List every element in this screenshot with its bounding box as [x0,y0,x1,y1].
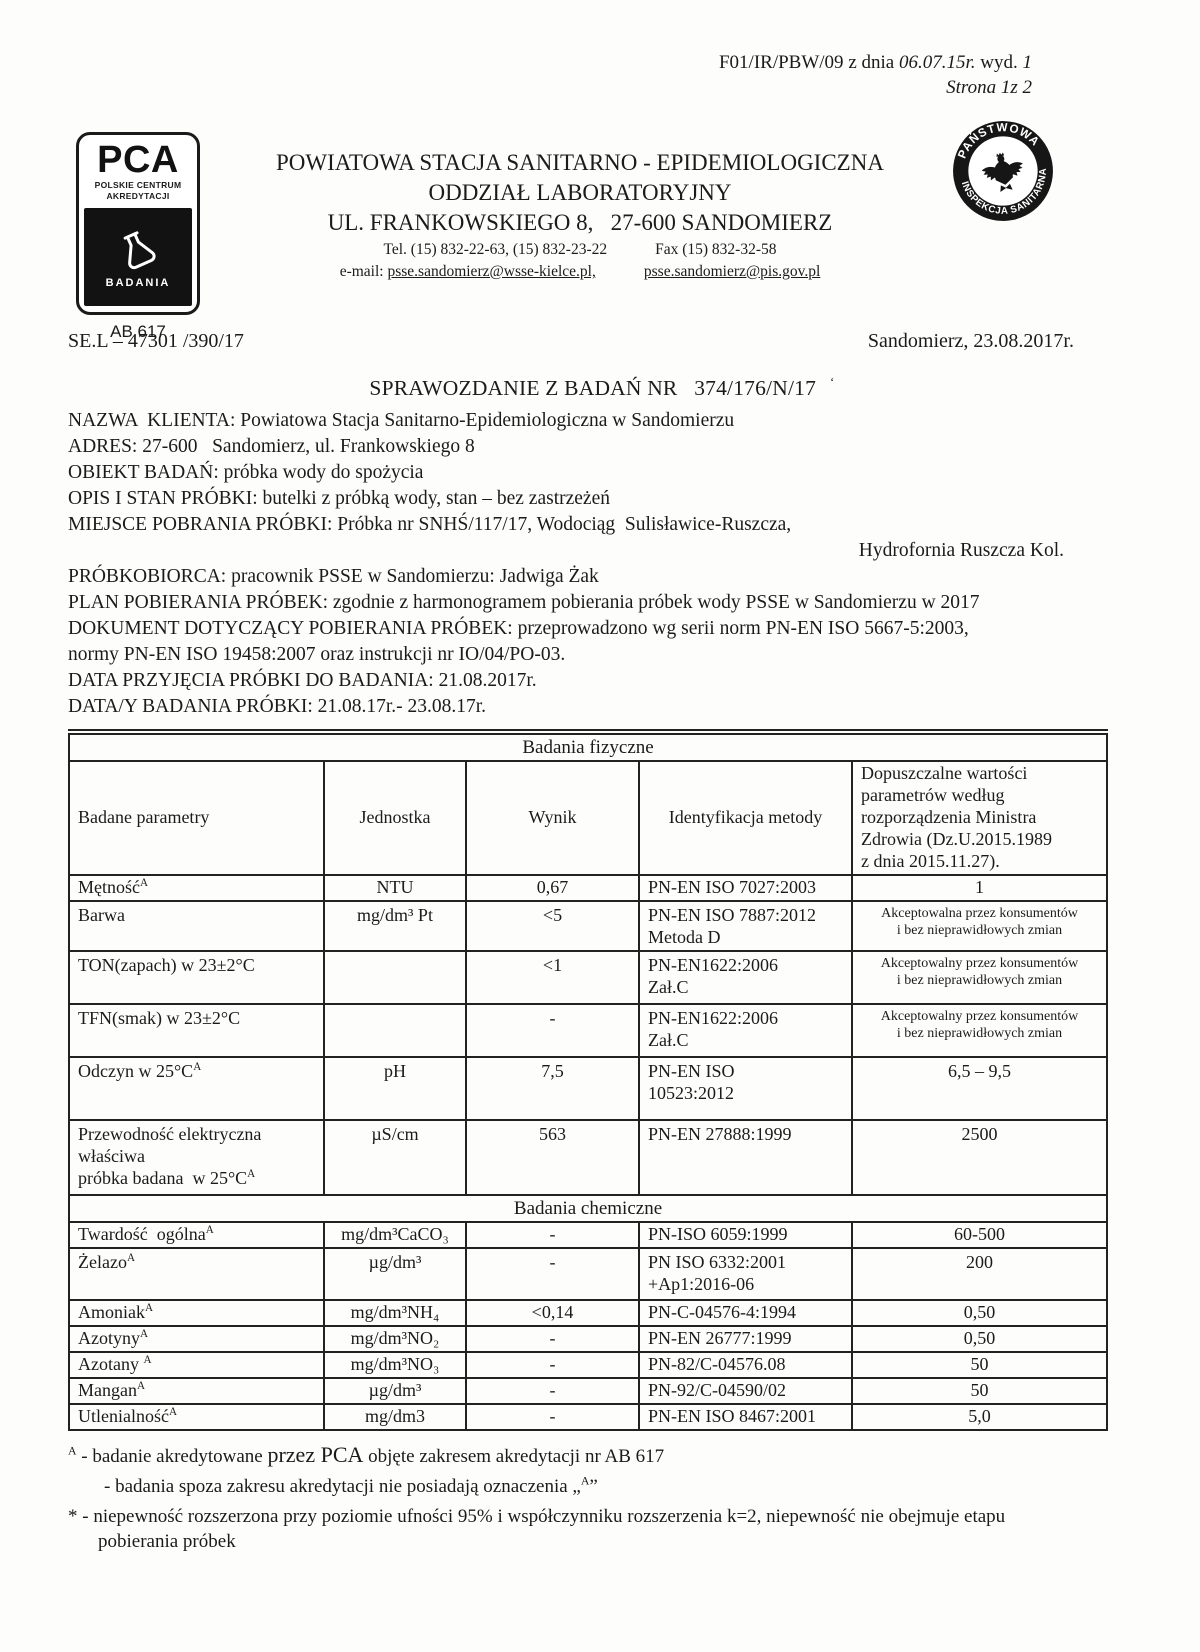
param-cell: AzotynyA [69,1326,324,1352]
result-cell: - [466,1378,639,1404]
unit-cell: mg/dm³NO₃ [324,1352,466,1378]
result-cell: 7,5 [466,1057,639,1120]
result-cell: <0,14 [466,1300,639,1326]
unit-cell [324,1004,466,1057]
info-line-test-object: OBIEKT BADAŃ: próbka wody do spożycia [68,460,1136,486]
email-label: e-mail: [340,263,384,280]
case-number: SE.L – 47301 /390/17 [68,330,244,353]
state-sanitary-inspection-seal: PAŃSTWOWA INSPEKCJA SANITARNA [950,118,1056,224]
results-table: Badania fizyczne Badane parametry Jednos… [68,729,1108,1431]
method-cell: PN-C-04576-4:1994 [639,1300,852,1326]
limit-cell: 2500 [852,1120,1107,1195]
param-cell: MętnośćA [69,875,324,901]
result-cell: - [466,1248,639,1300]
unit-cell: mg/dm³NH₄ [324,1300,466,1326]
institution-header: POWIATOWA STACJA SANITARNO - EPIDEMIOLOG… [235,148,925,282]
method-cell: PN-82/C-04576.08 [639,1352,852,1378]
info-line-sampler: PRÓBKOBIORCA: pracownik PSSE w Sandomier… [68,564,1136,590]
pca-logo-text: PCA [84,143,192,177]
table-row: Azotany A mg/dm³NO₃ - PN-82/C-04576.08 5… [69,1352,1107,1378]
table-row: Barwa mg/dm³ Pt <5 PN-EN ISO 7887:2012 M… [69,901,1107,951]
pca-accreditation-badge: PCA POLSKIE CENTRUM AKREDYTACJI BADANIA … [76,132,200,342]
info-line-client-address: ADRES: 27-600 Sandomierz, ul. Frankowski… [68,434,1136,460]
param-cell: Odczyn w 25°CA [69,1057,324,1120]
column-header-result: Wynik [466,761,639,875]
institution-email: e-mail: psse.sandomierz@wsse-kielce.pl,p… [235,261,925,282]
report-title: SPRAWOZDANIE Z BADAŃ NR 374/176/N/17‘ [68,374,1136,401]
method-cell: PN-EN1622:2006 Zał.C [639,951,852,1004]
unit-cell: mg/dm³NO₂ [324,1326,466,1352]
unit-cell: µg/dm³ [324,1378,466,1404]
method-cell: PN-92/C-04590/02 [639,1378,852,1404]
erlenmeyer-flask-icon [113,226,163,276]
info-line-sampling-document-cont: normy PN-EN ISO 19458:2007 oraz instrukc… [68,642,1136,668]
limit-cell: 200 [852,1248,1107,1300]
institution-department: ODDZIAŁ LABORATORYJNY [235,178,925,208]
param-cell: Azotany A [69,1352,324,1378]
institution-address: UL. FRANKOWSKIEGO 8, 27-600 SANDOMIERZ [235,208,925,238]
table-row: Przewodność elektryczna właściwa próbka … [69,1120,1107,1195]
table-row: Twardość ogólnaA mg/dm³CaCO₃ - PN-ISO 60… [69,1222,1107,1248]
table-row: MętnośćA NTU 0,67 PN-EN ISO 7027:2003 1 [69,875,1107,901]
method-cell: PN-EN ISO 7887:2012 Metoda D [639,901,852,951]
table-row: ManganA µg/dm³ - PN-92/C-04590/02 50 [69,1378,1107,1404]
table-row: AmoniakA mg/dm³NH₄ <0,14 PN-C-04576-4:19… [69,1300,1107,1326]
param-cell: ŻelazoA [69,1248,324,1300]
result-cell: - [466,1404,639,1430]
method-cell: PN-EN ISO 7027:2003 [639,875,852,901]
limit-cell: 6,5 – 9,5 [852,1057,1107,1120]
method-cell: PN-EN ISO 8467:2001 [639,1404,852,1430]
result-cell: - [466,1352,639,1378]
info-line-date-received: DATA PRZYJĘCIA PRÓBKI DO BADANIA: 21.08.… [68,668,1136,694]
info-line-sampling-document: DOKUMENT DOTYCZĄCY POBIERANIA PRÓBEK: pr… [68,616,1136,642]
unit-cell: NTU [324,875,466,901]
unit-cell: µg/dm³ [324,1248,466,1300]
table-row: TON(zapach) w 23±2°C <1 PN-EN1622:2006 Z… [69,951,1107,1004]
column-header-method: Identyfikacja metody [639,761,852,875]
param-cell: Twardość ogólnaA [69,1222,324,1248]
table-row: Odczyn w 25°CA pH 7,5 PN-EN ISO 10523:20… [69,1057,1107,1120]
method-cell: PN-EN ISO 10523:2012 [639,1057,852,1120]
table-row: TFN(smak) w 23±2°C - PN-EN1622:2006 Zał.… [69,1004,1107,1057]
param-cell: Barwa [69,901,324,951]
footnote-scope: - badania spoza zakresu akredytacji nie … [68,1474,1136,1499]
limit-cell: 50 [852,1378,1107,1404]
unit-cell: mg/dm³CaCO₃ [324,1222,466,1248]
param-cell: ManganA [69,1378,324,1404]
method-cell: PN-EN 27888:1999 [639,1120,852,1195]
column-header-unit: Jednostka [324,761,466,875]
institution-name: POWIATOWA STACJA SANITARNO - EPIDEMIOLOG… [235,148,925,178]
info-line-sample-condition: OPIS I STAN PRÓBKI: butelki z próbką wod… [68,486,1136,512]
report-body: SPRAWOZDANIE Z BADAŃ NR 374/176/N/17‘ NA… [68,374,1136,1554]
email-secondary: psse.sandomierz@pis.gov.pl [644,263,820,280]
section-header-physical: Badania fizyczne [69,732,1107,761]
param-cell: TFN(smak) w 23±2°C [69,1004,324,1057]
pca-badania-panel: BADANIA [84,208,192,306]
limit-cell: 50 [852,1352,1107,1378]
footnotes: A - badanie akredytowane przez PCA objęt… [68,1442,1136,1554]
result-cell: 0,67 [466,875,639,901]
footnote-uncertainty: * - niepewność rozszerzona przy poziomie… [68,1504,1136,1529]
limit-cell: Akceptowalny przez konsumentów i bez nie… [852,951,1107,1004]
fax-number: Fax (15) 832-32-58 [655,241,776,258]
result-cell: - [466,1222,639,1248]
result-cell: - [466,1004,639,1057]
reference-line: SE.L – 47301 /390/17 Sandomierz, 23.08.2… [68,330,1136,353]
institution-phone-fax: Tel. (15) 832-22-63, (15) 832-23-22Fax (… [235,239,925,260]
param-cell: Przewodność elektryczna właściwa próbka … [69,1120,324,1195]
table-row: UtlenialnośćA mg/dm3 - PN-EN ISO 8467:20… [69,1404,1107,1430]
column-header-limit: Dopuszczalne wartości parametrów według … [852,761,1107,875]
result-cell: <1 [466,951,639,1004]
limit-cell: 1 [852,875,1107,901]
table-row: ŻelazoA µg/dm³ - PN ISO 6332:2001 +Ap1:2… [69,1248,1107,1300]
limit-cell: Akceptowalna przez konsumentów i bez nie… [852,901,1107,951]
limit-cell: Akceptowalny przez konsumentów i bez nie… [852,1004,1107,1057]
pca-badge-frame: PCA POLSKIE CENTRUM AKREDYTACJI BADANIA [76,132,200,315]
sample-info: NAZWA KLIENTA: Powiatowa Stacja Sanitarn… [68,408,1136,720]
footnote-uncertainty-cont: pobierania próbek [68,1529,1136,1554]
form-date: 06.07.15r. [899,52,976,73]
info-line-sampling-plan: PLAN POBIERANIA PRÓBEK: zgodnie z harmon… [68,590,1136,616]
method-cell: PN-EN 26777:1999 [639,1326,852,1352]
param-cell: UtlenialnośćA [69,1404,324,1430]
form-reference: F01/IR/PBW/09 z dnia 06.07.15r. wyd. 1 S… [0,50,1032,100]
unit-cell: mg/dm3 [324,1404,466,1430]
column-header-parameter: Badane parametry [69,761,324,875]
info-line-sampling-place: MIEJSCE POBRANIA PRÓBKI: Próbka nr SNHŚ/… [68,512,1136,538]
method-cell: PN ISO 6332:2001 +Ap1:2016-06 [639,1248,852,1300]
limit-cell: 60-500 [852,1222,1107,1248]
badania-label: BADANIA [106,277,171,289]
pca-subtitle: POLSKIE CENTRUM AKREDYTACJI [84,180,192,202]
result-cell: - [466,1326,639,1352]
limit-cell: 0,50 [852,1326,1107,1352]
unit-cell: µS/cm [324,1120,466,1195]
phone-numbers: Tel. (15) 832-22-63, (15) 832-23-22 [383,241,607,258]
form-reference-line: F01/IR/PBW/09 z dnia 06.07.15r. wyd. 1 [0,50,1032,75]
column-header-row: Badane parametry Jednostka Wynik Identyf… [69,761,1107,875]
method-cell: PN-EN1622:2006 Zał.C [639,1004,852,1057]
result-cell: <5 [466,901,639,951]
place-date: Sandomierz, 23.08.2017r. [868,330,1136,353]
unit-cell: mg/dm³ Pt [324,901,466,951]
info-line-date-tested: DATA/Y BADANIA PRÓBKI: 21.08.17r.- 23.08… [68,694,1136,720]
page-number: Strona 1z 2 [0,75,1032,100]
result-cell: 563 [466,1120,639,1195]
footnote-accreditation: A - badanie akredytowane przez PCA objęt… [68,1442,1136,1469]
scanned-lab-report-page: F01/IR/PBW/09 z dnia 06.07.15r. wyd. 1 S… [0,0,1200,1652]
info-line-client-name: NAZWA KLIENTA: Powiatowa Stacja Sanitarn… [68,408,1136,434]
info-line-sampling-place-cont: Hydrofornia Ruszcza Kol. [68,538,1136,564]
limit-cell: 5,0 [852,1404,1107,1430]
method-cell: PN-ISO 6059:1999 [639,1222,852,1248]
param-cell: TON(zapach) w 23±2°C [69,951,324,1004]
unit-cell: pH [324,1057,466,1120]
section-header-chemical: Badania chemiczne [69,1195,1107,1222]
email-primary: psse.sandomierz@wsse-kielce.pl, [387,263,595,280]
limit-cell: 0,50 [852,1300,1107,1326]
form-edition: 1 [1023,52,1033,73]
table-row: AzotynyA mg/dm³NO₂ - PN-EN 26777:1999 0,… [69,1326,1107,1352]
param-cell: AmoniakA [69,1300,324,1326]
form-code: F01/IR/PBW/09 [719,52,844,73]
unit-cell [324,951,466,1004]
title-mark: ‘ [830,374,835,389]
